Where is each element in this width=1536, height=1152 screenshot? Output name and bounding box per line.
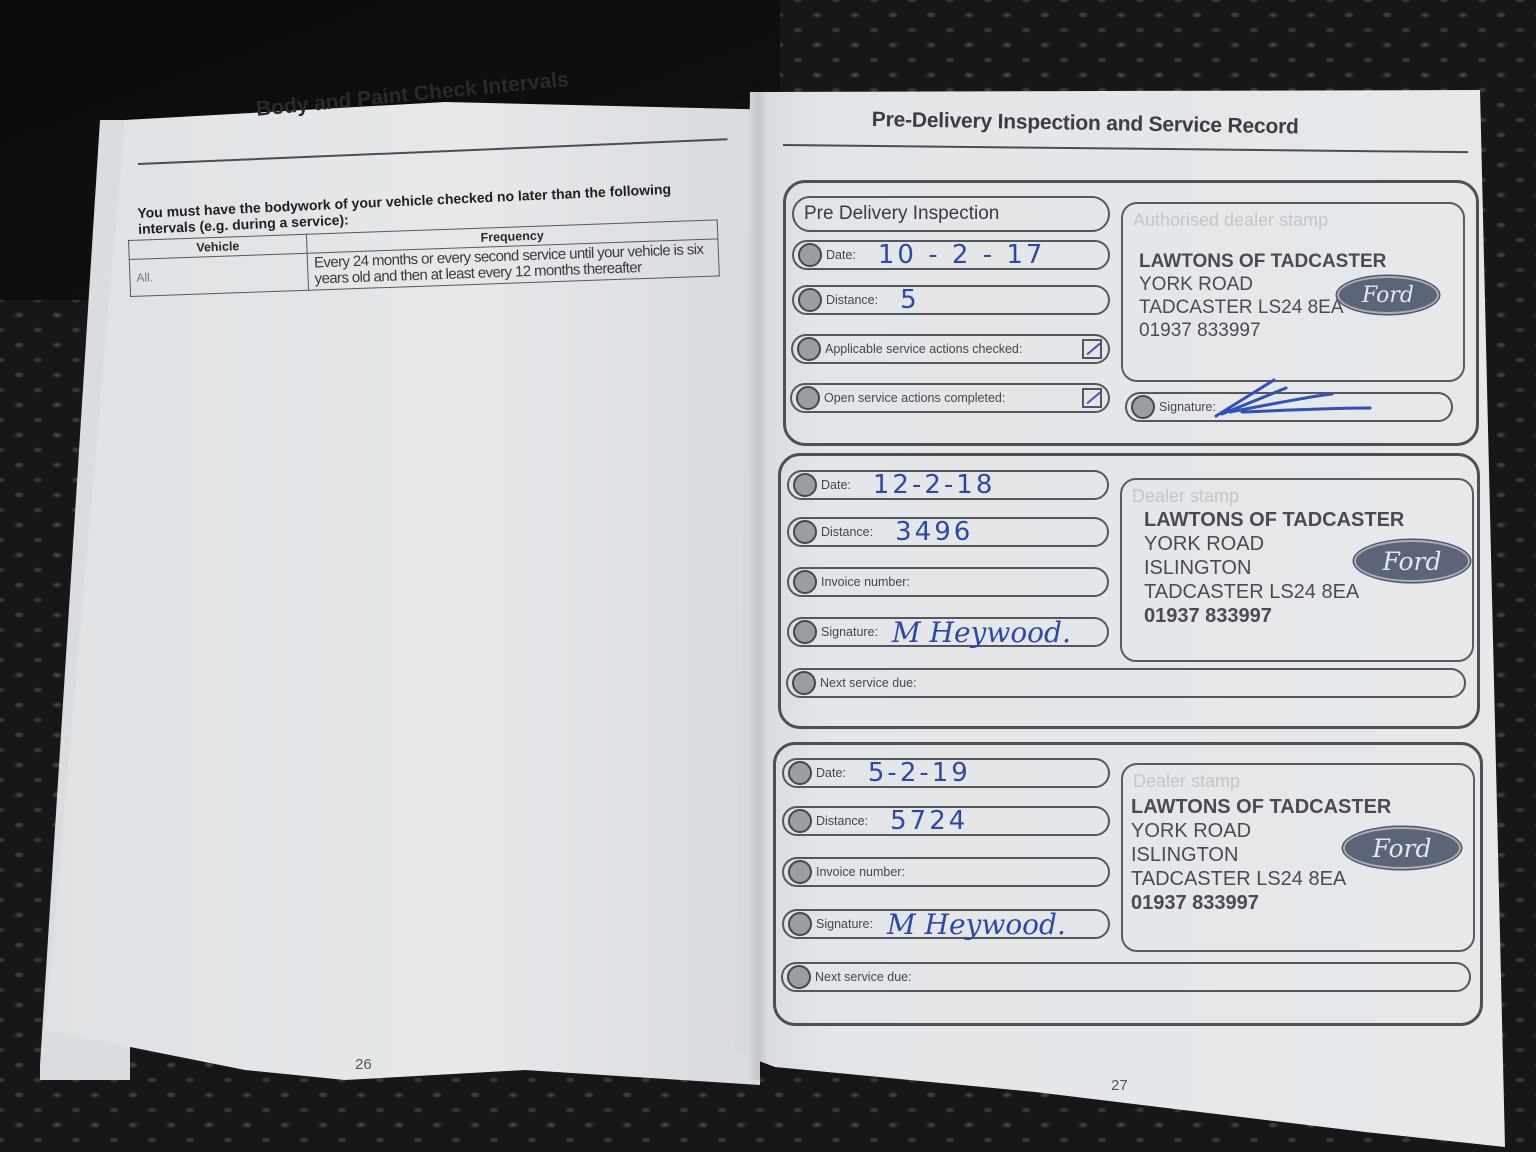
radio-dot-icon — [798, 243, 822, 267]
cell-vehicle: All. — [129, 253, 308, 296]
pdi-distance-field[interactable]: Distance: 5 — [792, 285, 1110, 315]
dealer-stamp-1: Dealer stamp LAWTONS OF TADCASTER YORK R… — [1120, 478, 1474, 662]
radio-dot-icon — [788, 912, 812, 936]
radio-dot-icon — [797, 337, 821, 361]
authorised-dealer-stamp: Authorised dealer stamp LAWTONS OF TADCA… — [1121, 202, 1465, 382]
signature-label: Signature: — [1159, 400, 1216, 414]
service2-next-due-field[interactable]: Next service due: — [781, 962, 1471, 992]
next-service-label: Next service due: — [815, 970, 912, 984]
signature-label: Signature: — [816, 917, 873, 931]
radio-dot-icon — [792, 671, 816, 695]
radio-dot-icon — [1131, 395, 1155, 419]
distance-value: 3496 — [895, 517, 973, 547]
ford-logo-icon: Ford — [1337, 276, 1439, 314]
open-actions-label: Open service actions completed: — [824, 391, 1005, 405]
service2-date-field[interactable]: Date: 5-2-19 — [782, 758, 1110, 788]
distance-label: Distance: — [826, 293, 878, 307]
date-label: Date: — [821, 478, 851, 492]
service1-next-due-field[interactable]: Next service due: — [786, 668, 1466, 698]
pdi-date-field[interactable]: Date: 10 - 2 - 17 — [792, 240, 1110, 270]
radio-dot-icon — [787, 965, 811, 989]
date-label: Date: — [816, 766, 846, 780]
stamp-hint: Dealer stamp — [1133, 771, 1240, 792]
ford-logo-icon: Ford — [1354, 540, 1470, 582]
distance-value: 5 — [900, 285, 920, 315]
service1-invoice-field[interactable]: Invoice number: — [787, 567, 1109, 597]
distance-label: Distance: — [816, 814, 868, 828]
service2-signature-field[interactable]: Signature: M Heywood. — [782, 909, 1110, 939]
stamp-hint: Authorised dealer stamp — [1133, 210, 1328, 231]
radio-dot-icon — [793, 520, 817, 544]
stamp-line: LAWTONS OF TADCASTER — [1139, 250, 1386, 273]
radio-dot-icon — [788, 860, 812, 884]
service1-distance-field[interactable]: Distance: 3496 — [787, 517, 1109, 547]
service2-distance-field[interactable]: Distance: 5724 — [782, 806, 1110, 836]
radio-dot-icon — [788, 761, 812, 785]
dealer-stamp-2: Dealer stamp LAWTONS OF TADCASTER YORK R… — [1121, 763, 1475, 952]
signature-scribble-icon — [1212, 374, 1382, 424]
pdi-heading-field: Pre Delivery Inspection — [792, 196, 1110, 232]
invoice-label: Invoice number: — [821, 575, 910, 589]
service2-invoice-field[interactable]: Invoice number: — [782, 857, 1110, 887]
service1-date-field[interactable]: Date: 12-2-18 — [787, 470, 1109, 500]
signature-value: M Heywood. — [887, 908, 1066, 941]
date-value: 5-2-19 — [868, 758, 971, 788]
stamp-line: LAWTONS OF TADCASTER — [1131, 795, 1391, 819]
pdi-heading: Pre Delivery Inspection — [804, 203, 999, 225]
stamp-line: 01937 833997 — [1139, 319, 1386, 342]
invoice-label: Invoice number: — [816, 865, 905, 879]
applicable-label: Applicable service actions checked: — [825, 342, 1022, 356]
stamp-line: TADCASTER LS24 8EA — [1131, 867, 1391, 891]
date-value: 12-2-18 — [873, 470, 995, 500]
distance-label: Distance: — [821, 525, 873, 539]
book-spine — [748, 80, 768, 1080]
next-service-label: Next service due: — [820, 676, 917, 690]
stamp-line: 01937 833997 — [1144, 604, 1404, 628]
radio-dot-icon — [796, 386, 820, 410]
service1-signature-field[interactable]: Signature: M Heywood. — [787, 617, 1109, 647]
checkbox-checked-icon[interactable] — [1082, 339, 1102, 359]
radio-dot-icon — [793, 620, 817, 644]
stamp-hint: Dealer stamp — [1132, 486, 1239, 507]
radio-dot-icon — [793, 473, 817, 497]
pdi-open-field[interactable]: Open service actions completed: — [790, 383, 1110, 413]
radio-dot-icon — [788, 809, 812, 833]
radio-dot-icon — [793, 570, 817, 594]
page-number-left: 26 — [355, 1056, 372, 1073]
checkbox-checked-icon[interactable] — [1082, 388, 1102, 408]
stamp-line: 01937 833997 — [1131, 891, 1391, 915]
stamp-line: LAWTONS OF TADCASTER — [1144, 508, 1404, 532]
pdi-applicable-field[interactable]: Applicable service actions checked: — [791, 334, 1110, 364]
date-value: 10 - 2 - 17 — [878, 240, 1046, 270]
radio-dot-icon — [798, 288, 822, 312]
date-label: Date: — [826, 248, 856, 262]
page-number-right: 27 — [1111, 1077, 1128, 1094]
stamp-line: TADCASTER LS24 8EA — [1144, 580, 1404, 604]
signature-value: M Heywood. — [892, 616, 1071, 649]
ford-logo-icon: Ford — [1343, 827, 1461, 869]
distance-value: 5724 — [890, 806, 968, 836]
signature-label: Signature: — [821, 625, 878, 639]
